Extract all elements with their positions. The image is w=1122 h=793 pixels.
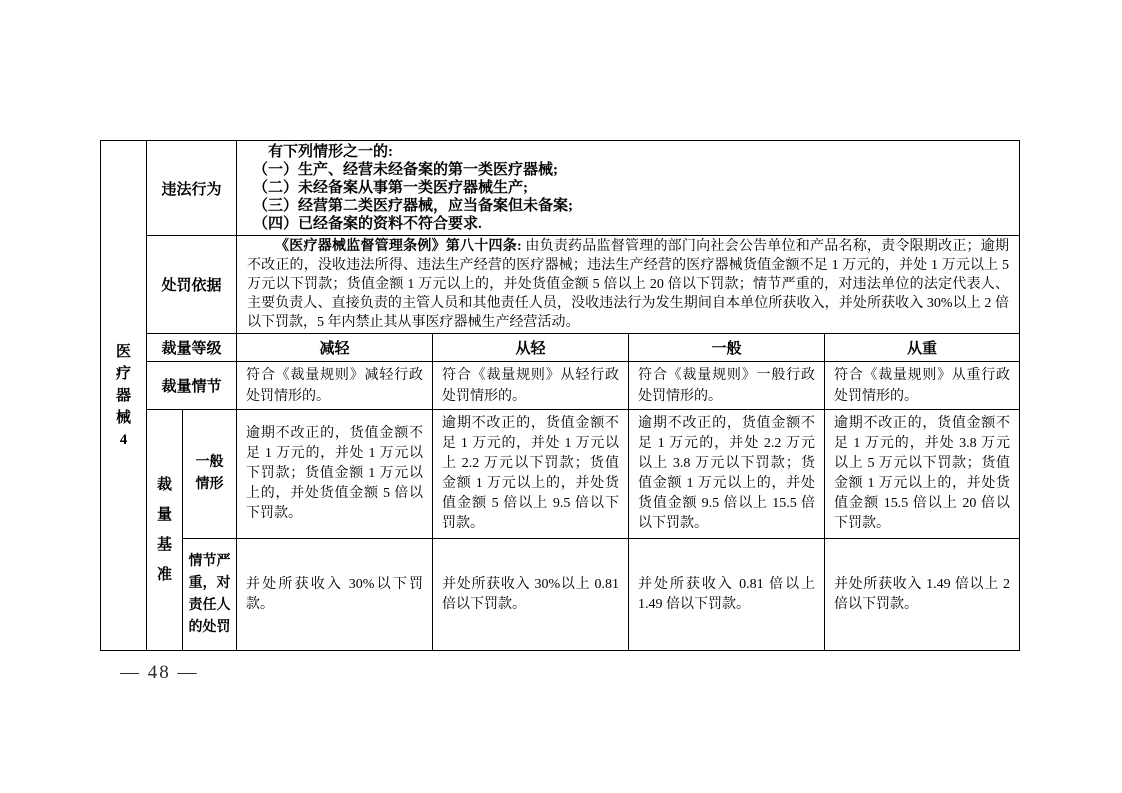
general-cell-heavier: 逾期不改正的，货值金额不足 1 万元的，并处 3.8 万元以上 5 万元以下罚款… xyxy=(825,410,1020,539)
row-illegal-act: 医 疗 器 械 4 违法行为 有下列情形之一的: （一）生产、经营未经备案的第一… xyxy=(101,141,1020,236)
severe-case-label: 情节严 重，对 责任人 的处罚 xyxy=(183,539,237,651)
level-header-general: 一般 xyxy=(629,334,825,362)
row-discretion-levels: 裁量等级 减轻 从轻 一般 从重 xyxy=(101,334,1020,362)
general-cell-lighter: 逾期不改正的，货值金额不足 1 万元的，并处 1 万元以上 2.2 万元以下罚款… xyxy=(433,410,629,539)
severe-cell-heavier: 并处所获收入 1.49 倍以上 2 倍以下罚款。 xyxy=(825,539,1020,651)
page-number: — 48 — xyxy=(120,662,199,684)
penalty-basis-paragraph: 《医疗器械监督管理条例》第八十四条: 由负责药品监督管理的部门向社会公告单位和产… xyxy=(247,237,1009,332)
severe-cell-general: 并处所获收入 0.81 倍以上 1.49 倍以下罚款。 xyxy=(629,539,825,651)
level-header-lighter: 从轻 xyxy=(433,334,629,362)
row-benchmark-general: 裁 量 基 准 一般 情形 逾期不改正的，货值金额不足 1 万元的，并处 1 万… xyxy=(101,410,1020,539)
circumstance-cell-mitigated: 符合《裁量规则》减轻行政处罚情形的。 xyxy=(237,362,433,410)
general-case-label: 一般 情形 xyxy=(183,410,237,539)
penalty-basis-content: 《医疗器械监督管理条例》第八十四条: 由负责药品监督管理的部门向社会公告单位和产… xyxy=(237,236,1020,334)
level-header-mitigated: 减轻 xyxy=(237,334,433,362)
circumstance-cell-general: 符合《裁量规则》一般行政处罚情形的。 xyxy=(629,362,825,410)
severe-cell-lighter: 并处所获收入 30%以上 0.81 倍以下罚款。 xyxy=(433,539,629,651)
category-label: 医 疗 器 械 4 xyxy=(101,141,147,651)
circumstance-cell-heavier: 符合《裁量规则》从重行政处罚情形的。 xyxy=(825,362,1020,410)
circumstances-label: 裁量情节 xyxy=(147,362,237,410)
circumstance-cell-lighter: 符合《裁量规则》从轻行政处罚情形的。 xyxy=(433,362,629,410)
penalty-basis-lead: 《医疗器械监督管理条例》第八十四条: xyxy=(275,239,522,254)
benchmark-label: 裁 量 基 准 xyxy=(147,410,183,651)
levels-label: 裁量等级 xyxy=(147,334,237,362)
row-discretion-circumstances: 裁量情节 符合《裁量规则》减轻行政处罚情形的。 符合《裁量规则》从轻行政处罚情形… xyxy=(101,362,1020,410)
general-cell-mitigated: 逾期不改正的，货值金额不足 1 万元的，并处 1 万元以下罚款；货值金额 1 万… xyxy=(237,410,433,539)
row-penalty-basis: 处罚依据 《医疗器械监督管理条例》第八十四条: 由负责药品监督管理的部门向社会公… xyxy=(101,236,1020,334)
illegal-act-label: 违法行为 xyxy=(147,141,237,236)
illegal-act-content: 有下列情形之一的: （一）生产、经营未经备案的第一类医疗器械; （二）未经备案从… xyxy=(237,141,1020,236)
severe-cell-mitigated: 并处所获收入 30%以下罚款。 xyxy=(237,539,433,651)
row-benchmark-severe: 情节严 重，对 责任人 的处罚 并处所获收入 30%以下罚款。 并处所获收入 3… xyxy=(101,539,1020,651)
discretion-benchmark-table: 医 疗 器 械 4 违法行为 有下列情形之一的: （一）生产、经营未经备案的第一… xyxy=(100,140,1020,651)
document-page: 医 疗 器 械 4 违法行为 有下列情形之一的: （一）生产、经营未经备案的第一… xyxy=(0,0,1122,793)
level-header-heavier: 从重 xyxy=(825,334,1020,362)
general-cell-general: 逾期不改正的，货值金额不足 1 万元的，并处 2.2 万元以上 3.8 万元以下… xyxy=(629,410,825,539)
penalty-basis-label: 处罚依据 xyxy=(147,236,237,334)
